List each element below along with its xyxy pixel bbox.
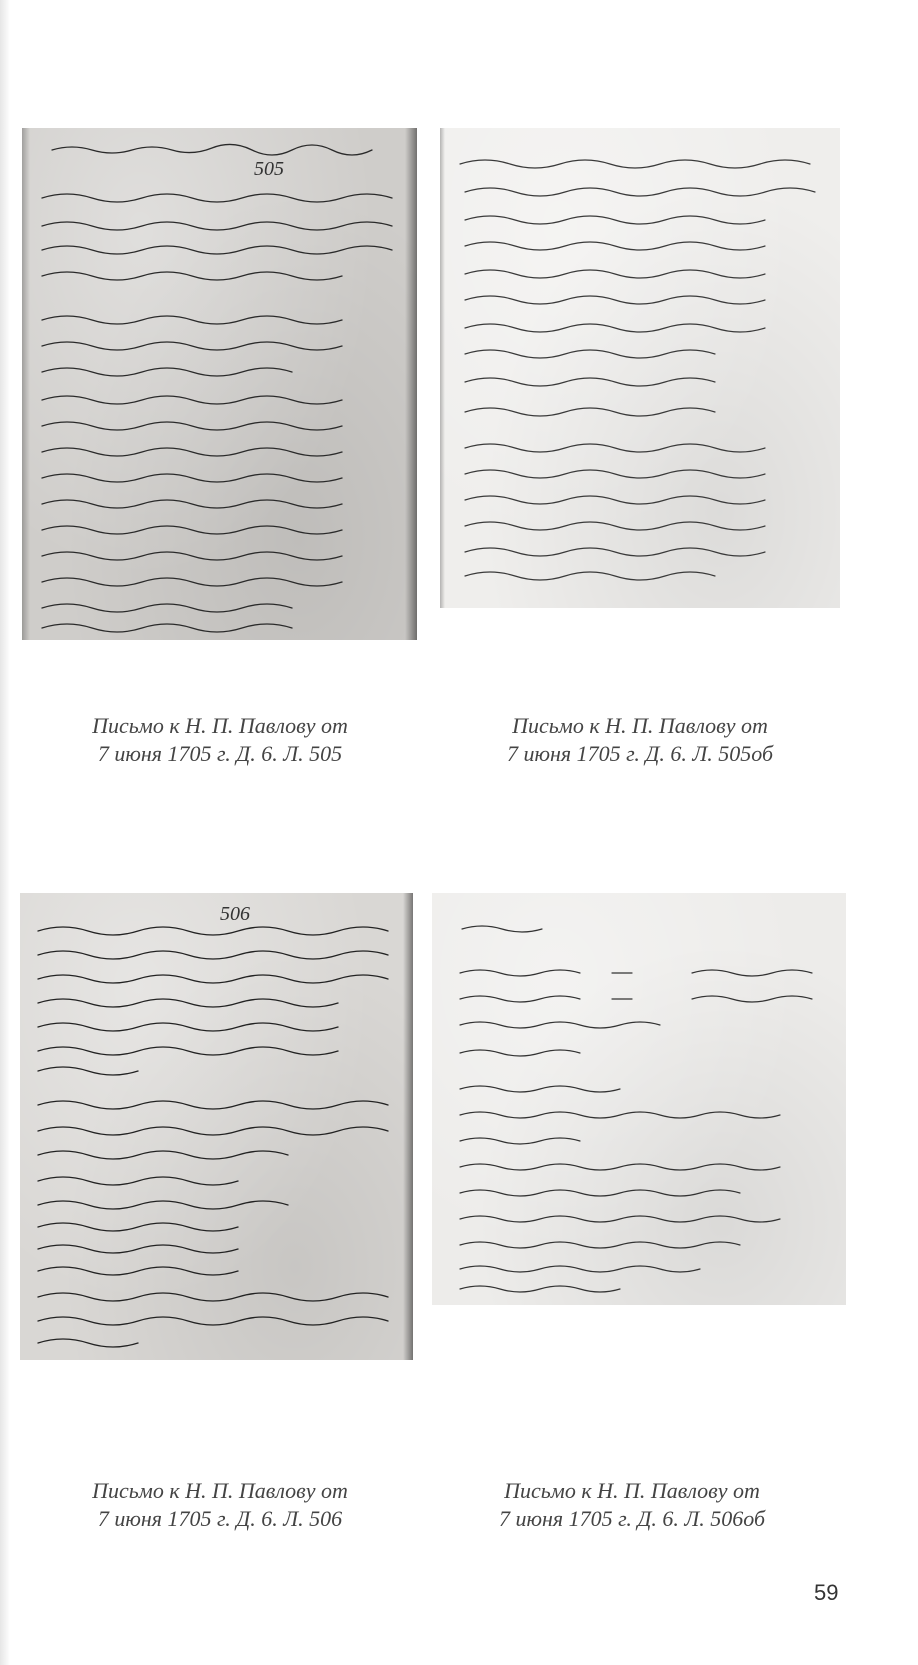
- caption-line: 7 июня 1705 г. Д. 6. Л. 506: [20, 1505, 420, 1533]
- caption-line: Письмо к Н. П. Павлову от: [20, 1477, 420, 1505]
- caption-line: 7 июня 1705 г. Д. 6. Л. 505об: [440, 740, 840, 768]
- folio-number: 506: [220, 903, 250, 926]
- manuscript-image-l506: 506: [20, 893, 413, 1360]
- folio-number: 505: [254, 158, 284, 181]
- caption-line: Письмо к Н. П. Павлову от: [440, 712, 840, 740]
- handwriting-lines: [20, 893, 413, 1360]
- figure-caption: Письмо к Н. П. Павлову от 7 июня 1705 г.…: [20, 1477, 420, 1533]
- caption-line: 7 июня 1705 г. Д. 6. Л. 505: [20, 740, 420, 768]
- page-gutter-shadow: [0, 0, 10, 1665]
- manuscript-image-l505: 505: [22, 128, 417, 640]
- handwriting-lines: [22, 128, 417, 640]
- handwriting-lines: [440, 128, 840, 608]
- page-number: 59: [814, 1580, 838, 1606]
- caption-line: 7 июня 1705 г. Д. 6. Л. 506об: [432, 1505, 832, 1533]
- figure-caption: Письмо к Н. П. Павлову от 7 июня 1705 г.…: [20, 712, 420, 768]
- caption-line: Письмо к Н. П. Павлову от: [432, 1477, 832, 1505]
- caption-line: Письмо к Н. П. Павлову от: [20, 712, 420, 740]
- figure-caption: Письмо к Н. П. Павлову от 7 июня 1705 г.…: [440, 712, 840, 768]
- manuscript-image-l505ob: [440, 128, 840, 608]
- manuscript-image-l506ob: [432, 893, 846, 1305]
- handwriting-lines: [432, 893, 846, 1305]
- figure-caption: Письмо к Н. П. Павлову от 7 июня 1705 г.…: [432, 1477, 832, 1533]
